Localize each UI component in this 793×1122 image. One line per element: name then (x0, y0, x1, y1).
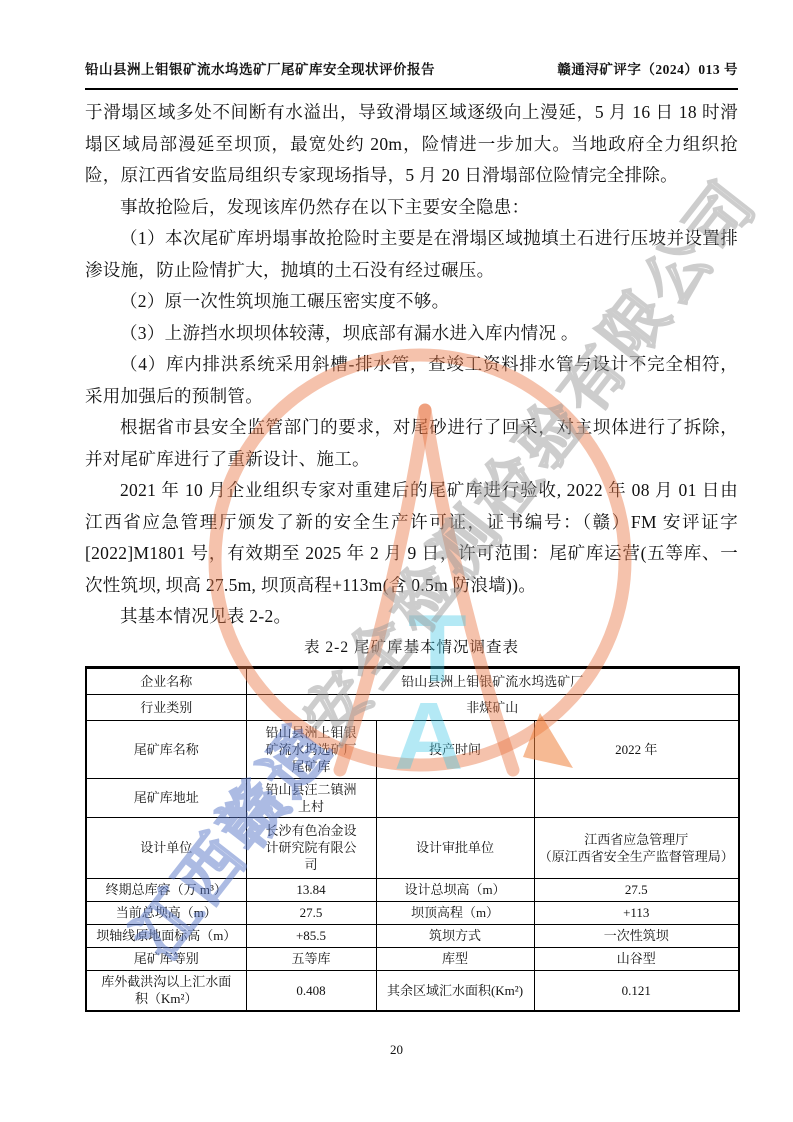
table-cell: +85.5 (246, 924, 376, 947)
table-cell: 2022 年 (534, 720, 739, 778)
table-cell: 尾矿库等别 (86, 947, 246, 970)
table-cell: 设计审批单位 (376, 817, 534, 878)
table-cell: 江西省应急管理厅 （原江西省安全生产监督管理局） (534, 817, 739, 878)
paragraph: （3）上游挡水坝坝体较薄，坝底部有漏水进入库内情况 。 (85, 318, 738, 350)
table-row: 尾矿库等别五等库库型山谷型 (86, 947, 739, 970)
table-cell: 27.5 (534, 878, 739, 901)
paragraph: 事故抢险后，发现该库仍然存在以下主要安全隐患： (85, 192, 738, 224)
table-cell: 坝顶高程（m） (376, 901, 534, 924)
table-cell: 设计单位 (86, 817, 246, 878)
table-cell: +113 (534, 901, 739, 924)
document-page: 铅山县洲上钼银矿流水坞选矿厂尾矿库安全现状评价报告 赣通浔矿评字（2024）01… (0, 0, 793, 1122)
table-cell: 13.84 (246, 878, 376, 901)
table-cell: 尾矿库名称 (86, 720, 246, 778)
table-cell: 非煤矿山 (246, 694, 739, 720)
paragraph: （4）库内排洪系统采用斜槽-排水管，查竣工资料排水管与设计不完全相符，采用加强后… (85, 349, 738, 412)
table-row: 当前总坝高（m）27.5坝顶高程（m）+113 (86, 901, 739, 924)
table-row: 设计单位长沙有色冶金设 计研究院有限公 司设计审批单位江西省应急管理厅 （原江西… (86, 817, 739, 878)
document-body: 于滑塌区域多处不间断有水溢出，导致滑塌区域逐级向上漫延，5 月 16 日 18 … (85, 97, 738, 1012)
table-cell: 库外截洪沟以上汇水面 积（Km²） (86, 970, 246, 1011)
table-cell (376, 778, 534, 817)
table-row: 库外截洪沟以上汇水面 积（Km²）0.408其余区域汇水面积(Km²)0.121 (86, 970, 739, 1011)
header-rule (85, 88, 738, 90)
header-report-title: 铅山县洲上钼银矿流水坞选矿厂尾矿库安全现状评价报告 (85, 58, 435, 78)
table-cell: 行业类别 (86, 694, 246, 720)
table-cell: 铅山县洲上钼银矿流水坞选矿厂 (246, 667, 739, 694)
paragraph: （2）原一次性筑坝施工碾压密实度不够。 (85, 286, 738, 318)
table-cell: 终期总库容（万 m³） (86, 878, 246, 901)
table-cell: 铅山县汪二镇洲 上村 (246, 778, 376, 817)
table-cell: 库型 (376, 947, 534, 970)
table-row: 行业类别非煤矿山 (86, 694, 739, 720)
table-row: 终期总库容（万 m³）13.84设计总坝高（m）27.5 (86, 878, 739, 901)
table-cell: 铅山县洲上钼银 矿流水坞选矿厂 尾矿库 (246, 720, 376, 778)
paragraph: 根据省市县安全监管部门的要求，对尾砂进行了回采，对主坝体进行了拆除，并对尾矿库进… (85, 412, 738, 475)
table-cell: 0.121 (534, 970, 739, 1011)
table-row: 坝轴线原地面标高（m）+85.5筑坝方式一次性筑坝 (86, 924, 739, 947)
table-cell (534, 778, 739, 817)
table-cell: 一次性筑坝 (534, 924, 739, 947)
table-cell: 五等库 (246, 947, 376, 970)
header-document-number: 赣通浔矿评字（2024）013 号 (557, 58, 738, 78)
paragraph: 其基本情况见表 2-2。 (85, 601, 738, 633)
table-cell: 当前总坝高（m） (86, 901, 246, 924)
table-cell: 长沙有色冶金设 计研究院有限公 司 (246, 817, 376, 878)
table-cell: 山谷型 (534, 947, 739, 970)
paragraph: （1）本次尾矿库坍塌事故抢险时主要是在滑塌区域抛填土石进行压坡并设置排渗设施，防… (85, 223, 738, 286)
table-cell: 27.5 (246, 901, 376, 924)
page-number: 20 (390, 1042, 403, 1057)
paragraph: 2021 年 10 月企业组织专家对重建后的尾矿库进行验收, 2022 年 08… (85, 475, 738, 601)
paragraphs: 于滑塌区域多处不间断有水溢出，导致滑塌区域逐级向上漫延，5 月 16 日 18 … (85, 97, 738, 633)
table-cell: 坝轴线原地面标高（m） (86, 924, 246, 947)
table-cell: 企业名称 (86, 667, 246, 694)
table-cell: 设计总坝高（m） (376, 878, 534, 901)
page-footer: 20 (0, 1042, 793, 1058)
table-row: 企业名称铅山县洲上钼银矿流水坞选矿厂 (86, 667, 739, 694)
table-row: 尾矿库名称铅山县洲上钼银 矿流水坞选矿厂 尾矿库投产时间2022 年 (86, 720, 739, 778)
paragraph: 于滑塌区域多处不间断有水溢出，导致滑塌区域逐级向上漫延，5 月 16 日 18 … (85, 97, 738, 192)
table-title: 表 2-2 尾矿库基本情况调查表 (85, 636, 738, 660)
table-row: 尾矿库地址铅山县汪二镇洲 上村 (86, 778, 739, 817)
table-cell: 尾矿库地址 (86, 778, 246, 817)
page-header: 铅山县洲上钼银矿流水坞选矿厂尾矿库安全现状评价报告 赣通浔矿评字（2024）01… (85, 58, 738, 78)
basic-info-table: 企业名称铅山县洲上钼银矿流水坞选矿厂行业类别非煤矿山尾矿库名称铅山县洲上钼银 矿… (85, 666, 740, 1012)
table-cell: 其余区域汇水面积(Km²) (376, 970, 534, 1011)
table-cell: 筑坝方式 (376, 924, 534, 947)
table-cell: 0.408 (246, 970, 376, 1011)
table-cell: 投产时间 (376, 720, 534, 778)
